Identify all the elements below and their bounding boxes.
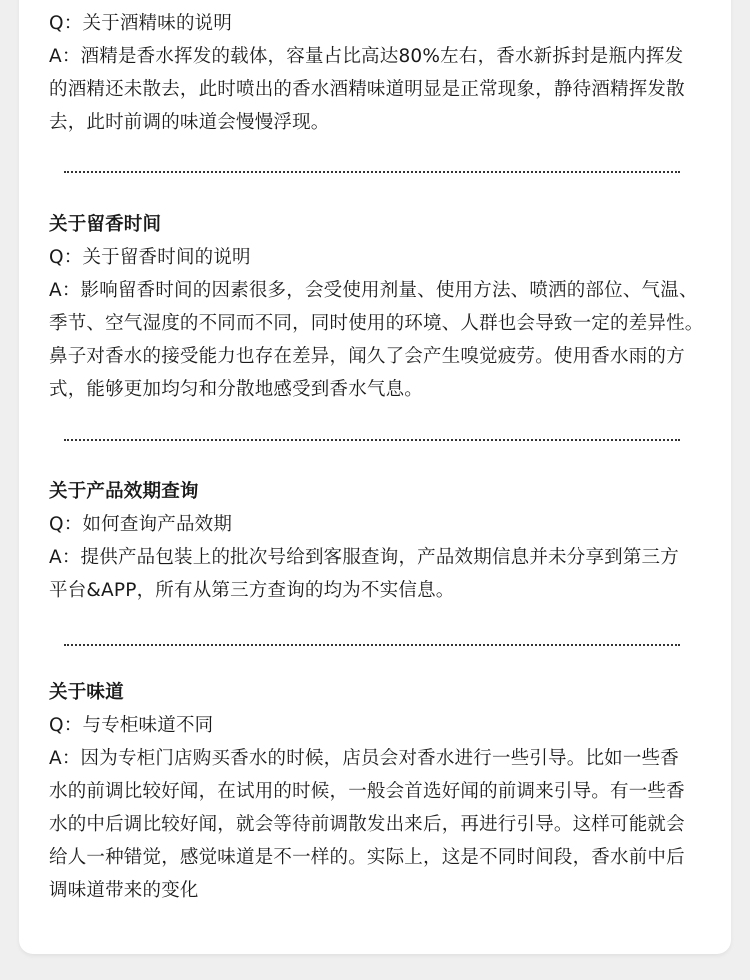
faq-answer-line: A：影响留香时间的因素很多，会受使用剂量、使用方法、喷洒的部位、气温、	[49, 274, 709, 307]
dotted-divider	[64, 171, 680, 173]
faq-answer-line: 的酒精还未散去，此时喷出的香水酒精味道明显是正常现象，静待酒精挥发散	[49, 73, 709, 106]
faq-answer-line: 给人一种错觉，感觉味道是不一样的。实际上，这是不同时间段，香水前中后	[49, 841, 709, 874]
faq-answer-line: 水的前调比较好闻，在试用的时候，一般会首选好闻的前调来引导。有一些香	[49, 775, 709, 808]
section-heading: 关于留香时间	[49, 208, 709, 241]
faq-answer-line: A：提供产品包装上的批次号给到客服查询，产品效期信息并未分享到第三方	[49, 541, 709, 574]
faq-answer-line: A：因为专柜门店购买香水的时候，店员会对香水进行一些引导。比如一些香	[49, 742, 709, 775]
faq-answer-line: 水的中后调比较好闻，就会等待前调散发出来后，再进行引导。这样可能就会	[49, 808, 709, 841]
dotted-divider	[64, 439, 680, 441]
faq-question: Q：如何查询产品效期	[49, 508, 709, 541]
faq-section-longevity: 关于留香时间 Q：关于留香时间的说明 A：影响留香时间的因素很多，会受使用剂量、…	[49, 208, 709, 406]
faq-answer-line: 鼻子对香水的接受能力也存在差异，闻久了会产生嗅觉疲劳。使用香水雨的方	[49, 340, 709, 373]
faq-answer-line: 调味道带来的变化	[49, 874, 709, 907]
faq-card: Q：关于酒精味的说明 A：酒精是香水挥发的载体，容量占比高达80%左右，香水新拆…	[19, 0, 731, 954]
faq-section-scent: 关于味道 Q：与专柜味道不同 A：因为专柜门店购买香水的时候，店员会对香水进行一…	[49, 676, 709, 907]
section-heading: 关于味道	[49, 676, 709, 709]
section-heading: 关于产品效期查询	[49, 475, 709, 508]
faq-answer-line: 平台&APP，所有从第三方查询的均为不实信息。	[49, 574, 709, 607]
dotted-divider	[64, 644, 680, 646]
faq-question: Q：关于酒精味的说明	[49, 7, 709, 40]
faq-answer-line: 去，此时前调的味道会慢慢浮现。	[49, 106, 709, 139]
faq-question: Q：与专柜味道不同	[49, 709, 709, 742]
faq-section-alcohol: Q：关于酒精味的说明 A：酒精是香水挥发的载体，容量占比高达80%左右，香水新拆…	[49, 7, 709, 139]
faq-answer-line: 季节、空气湿度的不同而不同，同时使用的环境、人群也会导致一定的差异性。	[49, 307, 709, 340]
faq-question: Q：关于留香时间的说明	[49, 241, 709, 274]
faq-answer-line: 式，能够更加均匀和分散地感受到香水气息。	[49, 373, 709, 406]
faq-section-expiry: 关于产品效期查询 Q：如何查询产品效期 A：提供产品包装上的批次号给到客服查询，…	[49, 475, 709, 607]
faq-answer-line: A：酒精是香水挥发的载体，容量占比高达80%左右，香水新拆封是瓶内挥发	[49, 40, 709, 73]
